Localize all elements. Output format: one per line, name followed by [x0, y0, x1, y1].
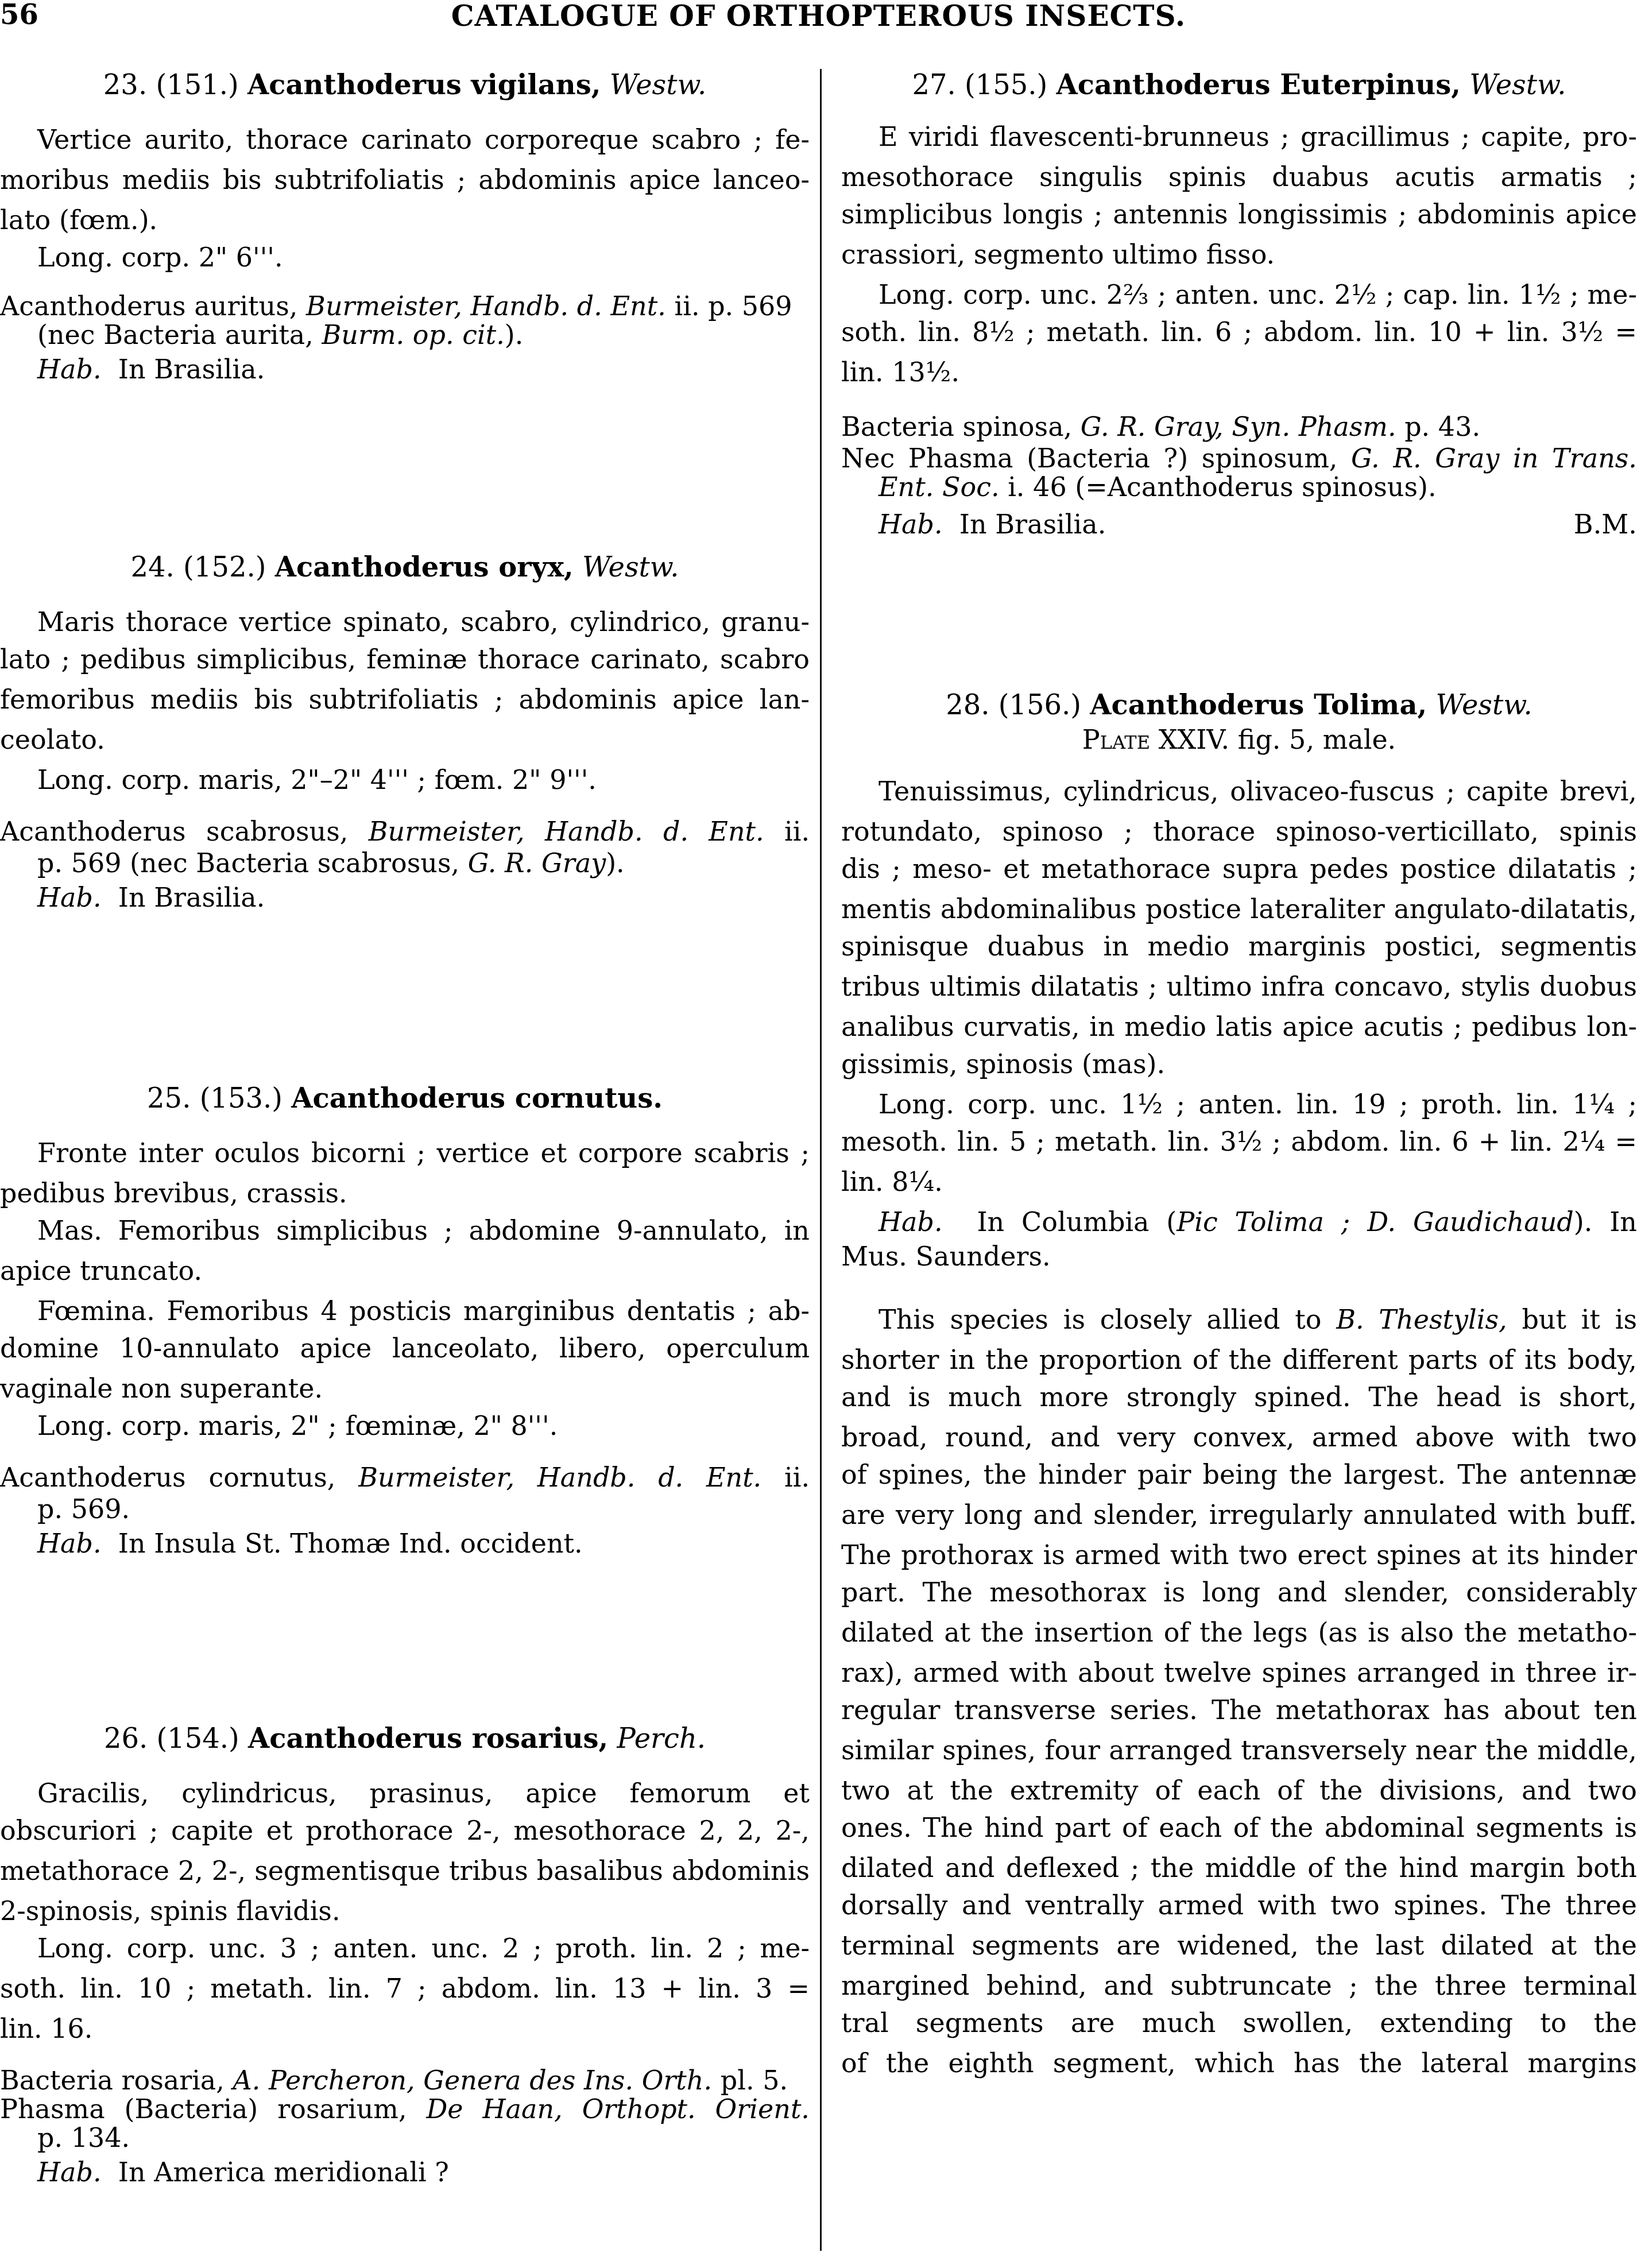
- habitat: Hab. In Columbia (Pic Tolima ; D. Gaudic…: [841, 1206, 1637, 1238]
- habitat: Hab. In America meridionali ?: [0, 2156, 810, 2188]
- diagnosis-line: spinisque duabus in medio marginis posti…: [841, 930, 1637, 962]
- diagnosis-line: Tenuissimus, cylindricus, olivaceo-fuscu…: [841, 775, 1637, 807]
- discussion-line: tral segments are much swollen, extendin…: [841, 2007, 1637, 2039]
- diagnosis-line: obscuriori ; capite et prothorace 2-, me…: [0, 1814, 810, 1847]
- diagnosis-line: lato (fœm.).: [0, 204, 810, 236]
- discussion-line: shorter in the proportion of the differe…: [841, 1344, 1637, 1376]
- discussion-line: similar spines, four arranged transverse…: [841, 1734, 1637, 1766]
- diagnosis-line: 2-spinosis, spinis flavidis.: [0, 1895, 810, 1927]
- diagnosis-line: analibus curvatis, in medio latis apice …: [841, 1011, 1637, 1043]
- plate-reference: Plate XXIV. fig. 5, male.: [841, 723, 1637, 756]
- measurement-line: soth. lin. 10 ; metath. lin. 7 ; abdom. …: [0, 1972, 810, 2004]
- habitat: Hab. In Brasilia.: [0, 881, 810, 914]
- habitat: Hab. In Insula St. Thomæ Ind. occident.: [0, 1527, 810, 1559]
- synonymy-line: p. 134.: [0, 2122, 810, 2154]
- diagnosis-line: pedibus brevibus, crassis.: [0, 1177, 810, 1209]
- diagnosis-line: Mas. Femoribus simplicibus ; abdomine 9-…: [0, 1214, 810, 1247]
- book-page: 56 CATALOGUE OF ORTHOPTEROUS INSECTS. 23…: [0, 0, 1637, 2268]
- diagnosis-line: vaginale non superante.: [0, 1372, 810, 1404]
- synonymy-line: p. 569.: [0, 1493, 810, 1525]
- diagnosis-line: mesothorace singulis spinis duabus acuti…: [841, 161, 1637, 193]
- diagnosis-line: Gracilis, cylindricus, prasinus, apice f…: [0, 1777, 810, 1809]
- diagnosis-line: dis ; meso- et metathorace supra pedes p…: [841, 853, 1637, 885]
- species-heading-27: 27. (155.) Acanthoderus Euterpinus, West…: [841, 69, 1637, 101]
- synonymy-line: Acanthoderus cornutus, Burmeister, Handb…: [0, 1461, 810, 1493]
- species-heading-26: 26. (154.) Acanthoderus rosarius, Perch.: [0, 1723, 810, 1755]
- habitat: Hab. In Brasilia.: [0, 353, 810, 385]
- discussion-line: two at the extremity of each of the divi…: [841, 1774, 1637, 1806]
- species-heading-28: 28. (156.) Acanthoderus Tolima, Westw.: [841, 689, 1637, 721]
- synonymy-line: Bacteria spinosa, G. R. Gray, Syn. Phasm…: [841, 411, 1637, 443]
- measurement-line: soth. lin. 8½ ; metath. lin. 6 ; abdom. …: [841, 316, 1637, 348]
- measurement-line: mesoth. lin. 5 ; metath. lin. 3½ ; abdom…: [841, 1125, 1637, 1158]
- diagnosis-line: domine 10-annulato apice lanceolato, lib…: [0, 1332, 810, 1364]
- synonymy-line: p. 569 (nec Bacteria scabrosus, G. R. Gr…: [0, 847, 810, 879]
- discussion-line: margined behind, and subtruncate ; the t…: [841, 1969, 1637, 2002]
- discussion-line: dorsally and ventrally armed with two sp…: [841, 1889, 1637, 1921]
- diagnosis-line: femoribus mediis bis subtrifoliatis ; ab…: [0, 683, 810, 715]
- synonymy-line: Ent. Soc. i. 46 (=Acanthoderus spinosus)…: [841, 471, 1637, 503]
- species-heading-24: 24. (152.) Acanthoderus oryx, Westw.: [0, 551, 810, 583]
- diagnosis-line: apice truncato.: [0, 1255, 810, 1287]
- diagnosis-line: moribus mediis bis subtrifoliatis ; abdo…: [0, 164, 810, 196]
- diagnosis-line: Fœmina. Femoribus 4 posticis marginibus …: [0, 1295, 810, 1327]
- measurement-line: lin. 16.: [0, 2012, 810, 2045]
- discussion-line: and is much more strongly spined. The he…: [841, 1381, 1637, 1413]
- diagnosis-line: rotundato, spinoso ; thorace spinoso-ver…: [841, 815, 1637, 847]
- diagnosis-line: Vertice aurito, thorace carinato corpore…: [0, 123, 810, 156]
- discussion-line: regular transverse series. The metathora…: [841, 1694, 1637, 1726]
- habitat: Hab. In Brasilia. B.M.: [841, 508, 1637, 540]
- measurement: Long. corp. maris, 2"–2" 4''' ; fœm. 2" …: [0, 764, 810, 796]
- discussion-line: of spines, the hinder pair being the lar…: [841, 1458, 1637, 1491]
- diagnosis-line: Fronte inter oculos bicorni ; vertice et…: [0, 1137, 810, 1169]
- diagnosis-line: mentis abdominalibus postice lateraliter…: [841, 893, 1637, 925]
- column-divider: [820, 69, 822, 2251]
- discussion-line: are very long and slender, irregularly a…: [841, 1499, 1637, 1531]
- diagnosis-line: Maris thorace vertice spinato, scabro, c…: [0, 606, 810, 638]
- measurement-line: lin. 8¼.: [841, 1166, 1637, 1198]
- measurement-line: Long. corp. unc. 1½ ; anten. lin. 19 ; p…: [841, 1088, 1637, 1120]
- measurement-line: lin. 13½.: [841, 356, 1637, 388]
- synonymy-line: Acanthoderus scabrosus, Burmeister, Hand…: [0, 815, 810, 847]
- species-heading-23: 23. (151.) Acanthoderus vigilans, Westw.: [0, 69, 810, 101]
- discussion-line: ones. The hind part of each of the abdom…: [841, 1812, 1637, 1844]
- synonymy-line: Nec Phasma (Bacteria ?) spinosum, G. R. …: [841, 442, 1637, 474]
- measurement-line: Long. corp. unc. 3 ; anten. unc. 2 ; pro…: [0, 1932, 810, 1964]
- diagnosis-line: simplicibus longis ; antennis longissimi…: [841, 198, 1637, 230]
- species-heading-25: 25. (153.) Acanthoderus cornutus.: [0, 1082, 810, 1114]
- discussion-line: terminal segments are widened, the last …: [841, 1929, 1637, 1961]
- running-title: CATALOGUE OF ORTHOPTEROUS INSECTS.: [0, 0, 1637, 33]
- measurement: Long. corp. 2" 6'''.: [0, 241, 810, 273]
- diagnosis-line: metathorace 2, 2-, segmentisque tribus b…: [0, 1855, 810, 1887]
- synonymy-line: Acanthoderus auritus, Burmeister, Handb.…: [0, 290, 810, 322]
- measurement-line: Long. corp. unc. 2⅔ ; anten. unc. 2½ ; c…: [841, 278, 1637, 311]
- discussion-line: The prothorax is armed with two erect sp…: [841, 1539, 1637, 1571]
- measurement: Long. corp. maris, 2" ; fœminæ, 2" 8'''.: [0, 1410, 810, 1442]
- diagnosis-line: tribus ultimis dilatatis ; ultimo infra …: [841, 970, 1637, 1003]
- discussion-line: rax), armed with about twelve spines arr…: [841, 1657, 1637, 1689]
- diagnosis-line: ceolato.: [0, 723, 810, 756]
- discussion-line: dilated and deflexed ; the middle of the…: [841, 1852, 1637, 1884]
- diagnosis-line: E viridi flavescenti-brunneus ; gracilli…: [841, 121, 1637, 153]
- diagnosis-line: crassiori, segmento ultimo fisso.: [841, 238, 1637, 270]
- synonymy-line: (nec Bacteria aurita, Burm. op. cit.).: [0, 319, 810, 351]
- collection-tag: B.M.: [1574, 508, 1637, 540]
- discussion-line: broad, round, and very convex, armed abo…: [841, 1421, 1637, 1453]
- habitat-continued: Mus. Saunders.: [841, 1240, 1637, 1272]
- discussion-line: This species is closely allied to B. The…: [841, 1303, 1637, 1336]
- diagnosis-line: gissimis, spinosis (mas).: [841, 1048, 1637, 1080]
- synonymy-line: Phasma (Bacteria) rosarium, De Haan, Ort…: [0, 2093, 810, 2125]
- discussion-line: part. The mesothorax is long and slender…: [841, 1576, 1637, 1608]
- synonymy-line: Bacteria rosaria, A. Percheron, Genera d…: [0, 2064, 810, 2096]
- discussion-line: of the eighth segment, which has the lat…: [841, 2047, 1637, 2079]
- running-head: 56 CATALOGUE OF ORTHOPTEROUS INSECTS.: [0, 0, 1637, 34]
- discussion-line: dilated at the insertion of the legs (as…: [841, 1616, 1637, 1648]
- diagnosis-line: lato ; pedibus simplicibus, feminæ thora…: [0, 643, 810, 675]
